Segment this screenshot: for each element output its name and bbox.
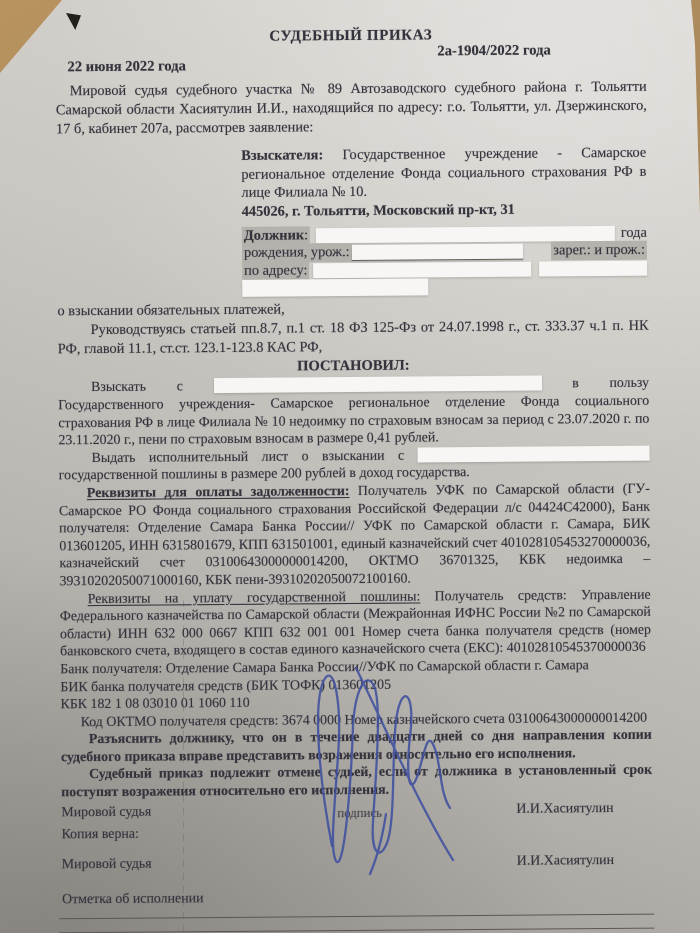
duty-requisites-lead: Реквизиты на уплату государственной пошл…: [88, 589, 421, 607]
debtor-line-3: по адресу:: [242, 260, 647, 280]
recover-paragraph: Взыскать с в пользу Государственного учр…: [58, 375, 650, 450]
document-date: 22 июня 2022 года: [67, 58, 186, 76]
document-content: СУДЕБНЫЙ ПРИКАЗ 2а-1904/2022 года 22 июн…: [0, 0, 700, 933]
redacted-recover-name: [213, 376, 541, 394]
parties-block: Взыскателя: Государственное учреждение -…: [241, 144, 647, 297]
case-number: 2а-1904/2022 года: [437, 42, 550, 60]
duty-requisites-paragraph: Реквизиты на уплату государственной пошл…: [60, 586, 652, 661]
copy-correct-line: Копия верна:: [61, 821, 652, 843]
debtor-block: Должник: года рождения, урож.: зарег.: и…: [242, 225, 648, 297]
claimant-paragraph: Взыскателя: Государственное учреждение -…: [241, 144, 647, 221]
intro-paragraph: Мировой судья судебного участка № 89 Авт…: [56, 78, 647, 139]
writ-prefix: Выдать исполнительный лист о взыскании с: [92, 448, 405, 465]
claimant-address: 445026, г. Тольятти, Московский пр-кт, 3…: [242, 201, 515, 219]
writ-paragraph: Выдать исполнительный лист о взыскании с…: [59, 445, 650, 485]
document-title: СУДЕБНЫЙ ПРИКАЗ: [55, 26, 646, 48]
redacted-birthplace: [352, 243, 524, 260]
signature-row-1: Мировой судья подпись И.И.Хасиятулин: [61, 800, 652, 823]
photo-background: СУДЕБНЫЙ ПРИКАЗ 2а-1904/2022 года 22 июн…: [0, 0, 700, 933]
judge-label-2: Мировой судья: [62, 857, 152, 874]
recover-prefix: Взыскать с: [91, 380, 183, 396]
redacted-debtor-name: [316, 226, 615, 243]
clarification-paragraph: Разъяснить должнику, что он в течение дв…: [61, 727, 652, 767]
document-page: СУДЕБНЫЙ ПРИКАЗ 2а-1904/2022 года 22 июн…: [0, 0, 700, 933]
debtor-line1-suffix: года: [621, 224, 647, 243]
birth-label-strip: рождения, урож.:: [242, 243, 352, 263]
claimant-label: Взыскателя:: [241, 148, 323, 165]
signature-block: Мировой судья подпись И.И.Хасиятулин Коп…: [61, 800, 653, 933]
signature-row-2: Мировой судья И.И.Хасиятулин: [62, 853, 653, 876]
signature-line-1: [59, 913, 654, 919]
debt-requisites-paragraph: Реквизиты для оплаты задолженности: Полу…: [59, 481, 651, 591]
debt-requisites-lead: Реквизиты для оплаты задолженности:: [87, 484, 350, 501]
signature-line-2: [59, 927, 654, 933]
debtor-label: Должник: [244, 227, 304, 243]
debtor-line-4: [242, 277, 647, 297]
writ-suffix: государственной пошлины в размере 200 ру…: [59, 465, 470, 483]
redacted-address-part1: [313, 261, 531, 278]
debtor-line-2: рождения, урож.: зарег.: и прож.:: [242, 242, 647, 262]
registration-label-strip: зарег.: и прож.:: [551, 241, 647, 261]
address-label-strip: по адресу:: [242, 261, 310, 280]
redacted-address-part3: [242, 279, 428, 297]
legal-basis-paragraph: Руководствуясь статьей пп.8.7, п.1 ст. 1…: [58, 316, 649, 358]
redacted-address-part2: [539, 260, 647, 276]
debtor-label-strip: Должник:: [242, 226, 310, 245]
redacted-writ-name: [418, 445, 650, 462]
signature-caption: подпись: [337, 805, 382, 820]
debtor-colon: :: [304, 227, 308, 243]
judge-label-1: Мировой судья: [61, 804, 151, 821]
execution-note: Отметка об исполнении: [62, 887, 653, 909]
cancellation-paragraph: Судебный приказ подлежит отмене судьей, …: [61, 762, 652, 802]
document-header: СУДЕБНЫЙ ПРИКАЗ 2а-1904/2022 года 22 июн…: [55, 0, 647, 82]
judge-name-2: И.И.Хасиятулин: [517, 853, 614, 870]
judge-name-1: И.И.Хасиятулин: [516, 801, 613, 818]
